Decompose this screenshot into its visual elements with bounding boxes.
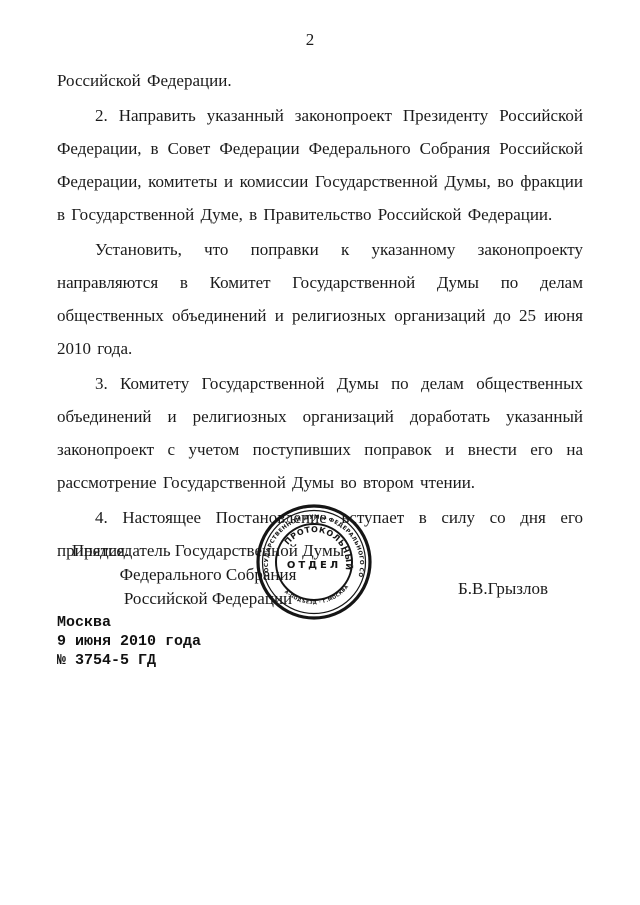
footer-block: Москва 9 июня 2010 года № 3754-5 ГД [57, 613, 201, 670]
footer-date: 9 июня 2010 года [57, 632, 201, 651]
page-number: 2 [0, 30, 620, 50]
stamp-center-text: ОТДЕЛ [287, 560, 341, 571]
body-paragraph: 2. Направить указанный законопроект През… [57, 99, 583, 231]
body-paragraph: Установить, что поправки к указанному за… [57, 233, 583, 365]
footer-doc-number: № 3754-5 ГД [57, 651, 201, 670]
document-page: 2 Российской Федерации. 2. Направить ука… [0, 0, 640, 905]
document-body: Российской Федерации. 2. Направить указа… [57, 64, 583, 569]
body-paragraph: 3. Комитету Государственной Думы по дела… [57, 367, 583, 499]
body-paragraph: Российской Федерации. [57, 64, 583, 97]
footer-city: Москва [57, 613, 201, 632]
official-stamp-icon: ГОСУДАРСТВЕННОЙ ДУМЫ ФЕДЕРАЛЬНОГО СОБРАН… [255, 503, 373, 621]
signature-name: Б.В.Грызлов [458, 579, 548, 599]
